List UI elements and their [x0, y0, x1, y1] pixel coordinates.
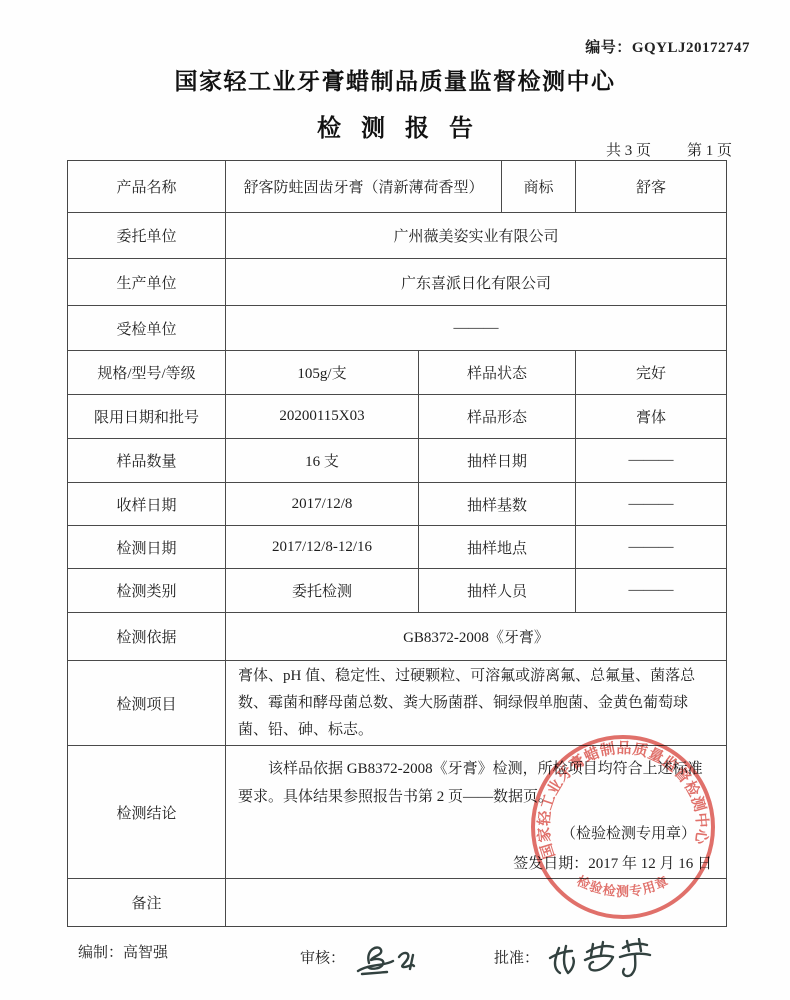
- report-number-label: 编号：: [585, 40, 632, 56]
- spec-label: 规格/型号/等级: [68, 351, 226, 394]
- table-row: 规格/型号/等级 105g/支 样品状态 完好: [68, 351, 726, 395]
- table-row: 检测项目 膏体、pH 值、稳定性、过硬颗粒、可溶氟或游离氟、总氟量、菌落总数、霉…: [68, 661, 726, 746]
- seal-note: （检验检测专用章）: [561, 822, 696, 843]
- conclusion-label: 检测结论: [68, 746, 226, 878]
- conclusion-cell: 该样品依据 GB8372-2008《牙膏》检测，所检项目均符合上述标准要求。具体…: [226, 746, 726, 878]
- issue-date: 签发日期：2017 年 12 月 16 日: [513, 852, 712, 873]
- total-pages: 共 3 页: [606, 139, 651, 160]
- sample-form-label: 样品形态: [419, 395, 576, 438]
- sampling-place-value: ———: [576, 526, 726, 568]
- reviewed-by-label: 审核：: [300, 950, 345, 966]
- report-table: 产品名称 舒客防蛀固齿牙膏（清新薄荷香型） 商标 舒客 委托单位 广州薇美姿实业…: [67, 160, 727, 927]
- table-row: 检测类别 委托检测 抽样人员 ———: [68, 569, 726, 613]
- sampling-place-label: 抽样地点: [419, 526, 576, 568]
- expiry-batch-value: 20200115X03: [226, 395, 419, 438]
- table-row: 收样日期 2017/12/8 抽样基数 ———: [68, 483, 726, 526]
- report-page: 编号：GQYLJ20172747 国家轻工业牙膏蜡制品质量监督检测中心 检测报告…: [0, 0, 790, 1000]
- report-number-value: GQYLJ20172747: [632, 40, 750, 56]
- table-row: 产品名称 舒客防蛀固齿牙膏（清新薄荷香型） 商标 舒客: [68, 161, 726, 213]
- page-info: 共 3 页 第 1 页: [606, 139, 732, 160]
- test-basis-value: GB8372-2008《牙膏》: [226, 613, 726, 660]
- reviewer-signature: [353, 941, 419, 977]
- table-row: 检测结论 该样品依据 GB8372-2008《牙膏》检测，所检项目均符合上述标准…: [68, 746, 726, 879]
- table-row: 受检单位 ———: [68, 306, 726, 351]
- approved-by-label: 批准：: [494, 950, 539, 966]
- client-unit-label: 委托单位: [68, 213, 226, 258]
- table-row: 委托单位 广州薇美姿实业有限公司: [68, 213, 726, 259]
- sampling-base-label: 抽样基数: [419, 483, 576, 525]
- sample-status-value: 完好: [576, 351, 726, 394]
- manufacturer-label: 生产单位: [68, 259, 226, 305]
- test-category-value: 委托检测: [226, 569, 419, 612]
- prepared-by-label: 编制：: [78, 945, 123, 961]
- inspected-unit-value: ———: [226, 306, 726, 350]
- receipt-date-value: 2017/12/8: [226, 483, 419, 525]
- remark-value: [226, 879, 726, 926]
- sampling-person-value: ———: [576, 569, 726, 612]
- test-category-label: 检测类别: [68, 569, 226, 612]
- report-number: 编号：GQYLJ20172747: [585, 36, 750, 57]
- test-date-value: 2017/12/8-12/16: [226, 526, 419, 568]
- product-name-value: 舒客防蛀固齿牙膏（清新薄荷香型）: [226, 161, 502, 212]
- reviewed-by: 审核：: [300, 941, 419, 977]
- table-row: 检测日期 2017/12/8-12/16 抽样地点 ———: [68, 526, 726, 569]
- approved-by: 批准：: [494, 938, 655, 980]
- sampling-base-value: ———: [576, 483, 726, 525]
- client-unit-value: 广州薇美姿实业有限公司: [226, 213, 726, 258]
- test-basis-label: 检测依据: [68, 613, 226, 660]
- page-title: 国家轻工业牙膏蜡制品质量监督检测中心: [0, 63, 790, 96]
- expiry-batch-label: 限用日期和批号: [68, 395, 226, 438]
- issue-date-value: 2017 年 12 月 16 日: [588, 856, 712, 872]
- sample-qty-value: 16 支: [226, 439, 419, 482]
- table-row: 检测依据 GB8372-2008《牙膏》: [68, 613, 726, 661]
- trademark-label: 商标: [502, 161, 576, 212]
- spec-value: 105g/支: [226, 351, 419, 394]
- prepared-by: 编制：高智强: [78, 941, 168, 962]
- table-row: 生产单位 广东喜派日化有限公司: [68, 259, 726, 306]
- inspected-unit-label: 受检单位: [68, 306, 226, 350]
- test-items-value: 膏体、pH 值、稳定性、过硬颗粒、可溶氟或游离氟、总氟量、菌落总数、霉菌和酵母菌…: [226, 661, 726, 745]
- trademark-value: 舒客: [576, 161, 726, 212]
- sampling-date-label: 抽样日期: [419, 439, 576, 482]
- test-date-label: 检测日期: [68, 526, 226, 568]
- issue-date-label: 签发日期：: [513, 856, 588, 872]
- receipt-date-label: 收样日期: [68, 483, 226, 525]
- sample-status-label: 样品状态: [419, 351, 576, 394]
- sampling-person-label: 抽样人员: [419, 569, 576, 612]
- current-page: 第 1 页: [687, 139, 732, 160]
- sample-qty-label: 样品数量: [68, 439, 226, 482]
- table-row: 样品数量 16 支 抽样日期 ———: [68, 439, 726, 483]
- prepared-by-name: 高智强: [123, 945, 168, 961]
- remark-label: 备注: [68, 879, 226, 926]
- report-subtitle: 检测报告: [0, 108, 790, 143]
- sample-form-value: 膏体: [576, 395, 726, 438]
- product-name-label: 产品名称: [68, 161, 226, 212]
- sampling-date-value: ———: [576, 439, 726, 482]
- test-items-label: 检测项目: [68, 661, 226, 745]
- conclusion-text: 该样品依据 GB8372-2008《牙膏》检测，所检项目均符合上述标准要求。具体…: [238, 756, 714, 812]
- table-row: 备注: [68, 879, 726, 926]
- manufacturer-value: 广东喜派日化有限公司: [226, 259, 726, 305]
- approver-signature: [547, 938, 655, 980]
- table-row: 限用日期和批号 20200115X03 样品形态 膏体: [68, 395, 726, 439]
